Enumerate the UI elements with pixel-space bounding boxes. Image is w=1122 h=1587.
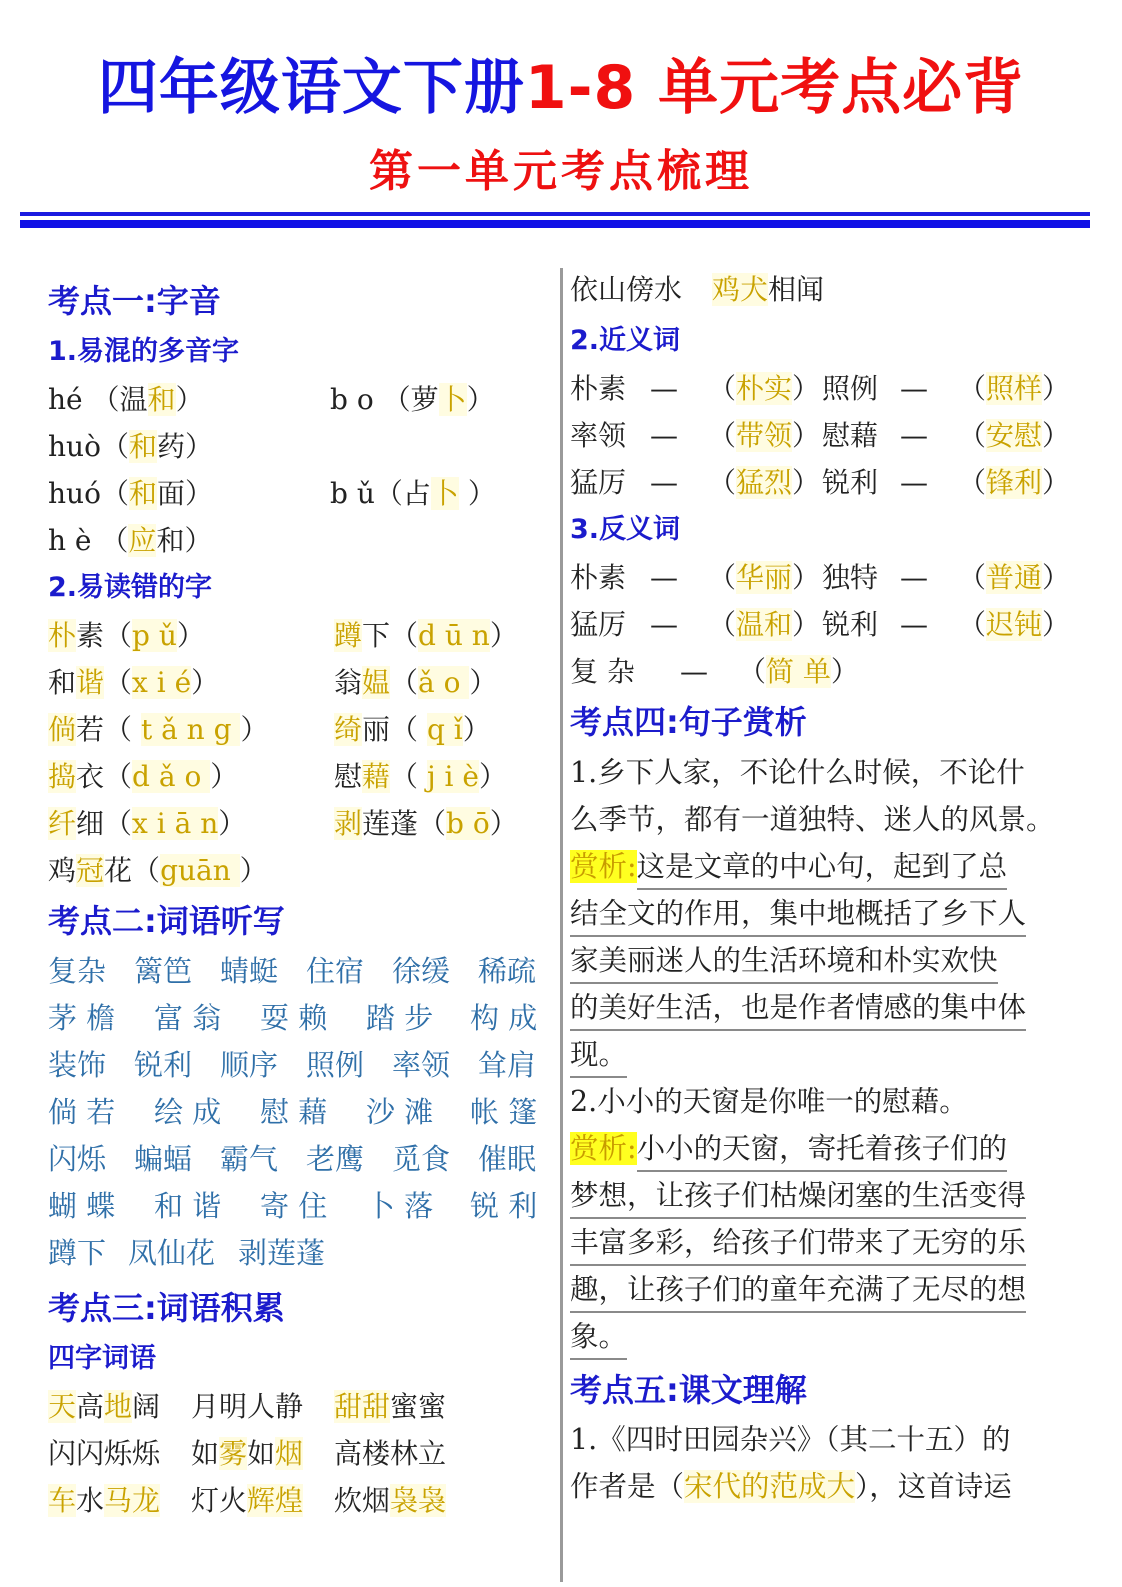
paren: ） xyxy=(831,655,859,688)
entry: 和谐（x i é） xyxy=(48,659,219,706)
pinyin: p ǔ xyxy=(132,619,177,652)
sentence-line: 2.小小的天窗是你唯一的慰藉。 xyxy=(570,1078,1070,1125)
idiom-highlight: 马龙 xyxy=(104,1484,160,1517)
idiom-text: 高楼林立 xyxy=(334,1437,446,1470)
paren: ） xyxy=(185,477,213,510)
idiom-text: 依山傍水 xyxy=(570,266,682,313)
entry: 慰藉（ j i è） xyxy=(334,753,507,800)
dash: — xyxy=(900,459,928,506)
paren: （ xyxy=(958,372,986,405)
analysis-line: 结全文的作用，集中地概括了乡下人 xyxy=(570,890,1070,937)
paren: （ xyxy=(104,807,132,840)
char: 占 xyxy=(403,477,431,510)
char: 素 xyxy=(76,619,104,652)
idiom-highlight: 地 xyxy=(104,1390,132,1423)
idiom-highlight: 鸡犬 xyxy=(712,273,768,306)
paren: ） xyxy=(463,713,491,746)
polyphone-row: hé （温和）b o （萝卜） xyxy=(48,376,548,423)
idiom-text: 相闻 xyxy=(768,273,824,306)
entry: 独特 xyxy=(822,554,878,601)
dictation-row: 倘 若绘 成慰 藉沙 滩帐 篷 xyxy=(48,1089,548,1136)
entry: 率领 xyxy=(570,412,626,459)
idiom-text: 灯火 xyxy=(191,1484,247,1517)
polyphone-row: huò（和药） xyxy=(48,423,548,470)
dictation-word: 倘 若 xyxy=(48,1089,115,1136)
comprehension-text: ），这首诗运 xyxy=(855,1470,1012,1503)
idiom: 闪闪烁烁 xyxy=(48,1430,160,1477)
paren: ） xyxy=(490,619,518,652)
section-heading-pronunciation: 考点一:字音 xyxy=(48,274,548,328)
entry: 翁媪（ǎ o ） xyxy=(334,659,497,706)
dash: — xyxy=(900,601,928,648)
polyphone-row: h è （应和） xyxy=(48,517,548,564)
paren: ） xyxy=(1042,466,1070,499)
dictation-word: 锐 利 xyxy=(470,1183,537,1230)
idiom-highlight: 雾 xyxy=(219,1437,247,1470)
dictation-word: 慰 藉 xyxy=(260,1089,327,1136)
paren: ） xyxy=(1042,561,1070,594)
misread-row: 倘若（ t ǎ n g ）绮丽（ q ǐ） xyxy=(48,706,548,753)
answer: 普通 xyxy=(986,561,1042,594)
answer: 华丽 xyxy=(736,561,792,594)
paren: （ xyxy=(104,713,141,746)
entry: （温和） xyxy=(708,601,820,648)
dictation-word: 照例 xyxy=(306,1042,364,1089)
idiom-text: 高 xyxy=(76,1390,104,1423)
right-column: 依山傍水 鸡犬相闻 2.近义词 朴素—（朴实）照例—（照样）率领—（带领）慰藉—… xyxy=(570,266,1070,1510)
word: 独特 xyxy=(822,561,878,594)
dictation-word: 霸气 xyxy=(220,1136,278,1183)
pinyin: ǎ o xyxy=(418,666,469,699)
char: 鸡 xyxy=(48,854,76,887)
pinyin: b ǔ xyxy=(330,477,375,510)
dictation-word: 催眠 xyxy=(478,1136,536,1183)
pinyin: huò xyxy=(48,430,101,463)
paren: （ xyxy=(958,561,986,594)
dictation-word: 住宿 xyxy=(306,948,364,995)
dictation-word: 茅 檐 xyxy=(48,995,115,1042)
subheading-antonyms: 3.反义词 xyxy=(570,506,1070,554)
paren: （ xyxy=(132,854,160,887)
char: 衣 xyxy=(76,760,104,793)
dictation-word: 复杂 xyxy=(48,948,106,995)
entry: 慰藉 xyxy=(822,412,878,459)
answer: 照样 xyxy=(986,372,1042,405)
analysis-text: 的美好生活，也是作者情感的集中体 xyxy=(570,987,1026,1031)
analysis-line: 家美丽迷人的生活环境和朴实欢快 xyxy=(570,937,1070,984)
dictation-word: 蝴 蝶 xyxy=(48,1183,115,1230)
pinyin: b o xyxy=(330,383,383,416)
paren: ） xyxy=(184,524,212,557)
entry: 猛厉 xyxy=(570,459,626,506)
paren: （ xyxy=(738,655,766,688)
word-pair-row: 率领—（带领）慰藉—（安慰） xyxy=(570,412,1070,459)
char xyxy=(459,477,468,510)
idiom: 月明人静 xyxy=(191,1383,303,1430)
subheading-four-char: 四字词语 xyxy=(48,1335,548,1383)
comprehension-line-2: 作者是（宋代的范成大），这首诗运 xyxy=(570,1463,1070,1510)
four-char-idiom-list: 天高地阔月明人静甜甜蜜蜜闪闪烁烁如雾如烟高楼林立车水马龙灯火辉煌炊烟袅袅 xyxy=(48,1383,548,1524)
idiom-highlight: 袅袅 xyxy=(390,1484,446,1517)
idiom: 甜甜蜜蜜 xyxy=(334,1383,446,1430)
dictation-row: 闪烁蝙蝠霸气老鹰觅食催眠 xyxy=(48,1136,548,1183)
char: 慰 xyxy=(334,760,362,793)
section-heading-accumulation: 考点三:词语积累 xyxy=(48,1277,548,1335)
paren: （ xyxy=(390,760,427,793)
answer: 安慰 xyxy=(986,419,1042,452)
idiom-highlight: 烟 xyxy=(275,1437,303,1470)
entry: 锐利 xyxy=(822,601,878,648)
idiom: 车水马龙 xyxy=(48,1477,160,1524)
highlight-char: 蹲 xyxy=(334,619,362,652)
highlight-char: 应 xyxy=(128,524,156,557)
dictation-row: 蹲下凤仙花剥莲蓬 xyxy=(48,1230,548,1277)
word: 朴素 xyxy=(570,372,626,405)
subheading-polyphones: 1.易混的多音字 xyxy=(48,328,548,376)
word-pair-row: 猛厉—（猛烈）锐利—（锋利） xyxy=(570,459,1070,506)
word: 率领 xyxy=(570,419,626,452)
paren: ） xyxy=(177,619,205,652)
analysis-text: 家美丽迷人的生活环境和朴实欢快 xyxy=(570,940,998,984)
idiom: 灯火辉煌 xyxy=(191,1477,303,1524)
paren: （ xyxy=(390,713,427,746)
polyphone-list: hé （温和）b o （萝卜）huò（和药）huó（和面）b ǔ（占卜 ）h è… xyxy=(48,376,548,564)
dictation-word: 篱笆 xyxy=(134,948,192,995)
entry: （朴实） xyxy=(708,365,820,412)
title-blue-part: 四年级语文下册 xyxy=(98,53,525,123)
dash: — xyxy=(650,365,678,412)
highlight-char: 卜 xyxy=(439,383,467,416)
char: 温 xyxy=(120,383,148,416)
dictation-word: 锐利 xyxy=(134,1042,192,1089)
column-divider xyxy=(560,268,563,1582)
idiom-text: 如 xyxy=(247,1437,275,1470)
answer: 带领 xyxy=(736,419,792,452)
idiom-continued-row: 依山傍水 鸡犬相闻 xyxy=(570,266,1070,313)
word: 照例 xyxy=(822,372,878,405)
subheading-synonyms: 2.近义词 xyxy=(570,317,1070,365)
entry: hé （温和） xyxy=(48,376,204,423)
char: 药 xyxy=(157,430,185,463)
paren: （ xyxy=(708,608,736,641)
char: 莲蓬 xyxy=(362,807,418,840)
section-heading-sentence-analysis: 考点四:句子赏析 xyxy=(570,695,1070,749)
entry: （简 单） xyxy=(738,648,859,695)
analysis-line: 梦想，让孩子们枯燥闭塞的生活变得 xyxy=(570,1172,1070,1219)
word: 复 杂 xyxy=(570,655,635,688)
analysis-text: 结全文的作用，集中地概括了乡下人 xyxy=(570,893,1026,937)
word: 猛厉 xyxy=(570,608,626,641)
word: 锐利 xyxy=(822,466,878,499)
analysis-text: 小小的天窗，寄托着孩子们的 xyxy=(637,1128,1008,1172)
dictation-word: 和 谐 xyxy=(154,1183,221,1230)
paren: ） xyxy=(210,760,238,793)
analysis-line: 的美好生活，也是作者情感的集中体 xyxy=(570,984,1070,1031)
entry: 锐利 xyxy=(822,459,878,506)
word-pair-row: 复 杂—（简 单） xyxy=(570,648,1070,695)
dash: — xyxy=(900,554,928,601)
answer: 朴实 xyxy=(736,372,792,405)
entry: 复 杂 xyxy=(570,648,635,695)
dash: — xyxy=(900,365,928,412)
analysis-text: 这是文章的中心句，起到了总 xyxy=(637,846,1008,890)
word: 慰藉 xyxy=(822,419,878,452)
pinyin: hé xyxy=(48,383,92,416)
word-pair-row: 朴素—（朴实）照例—（照样） xyxy=(570,365,1070,412)
pinyin: huó xyxy=(48,477,101,510)
highlight-char: 和 xyxy=(129,430,157,463)
misread-row: 捣衣（d ǎ o ）慰藉（ j i è） xyxy=(48,753,548,800)
dictation-word: 蝙蝠 xyxy=(134,1136,192,1183)
misread-row: 鸡冠花（guān ） xyxy=(48,847,548,894)
comprehension-text: 作者是（ xyxy=(570,1470,684,1503)
paren: （ xyxy=(958,608,986,641)
paren: ） xyxy=(1042,419,1070,452)
analysis-tag: 赏析: xyxy=(570,850,637,883)
pinyin: d ū n xyxy=(418,619,490,652)
idiom: 高楼林立 xyxy=(334,1430,446,1477)
synonym-list: 朴素—（朴实）照例—（照样）率领—（带领）慰藉—（安慰）猛厉—（猛烈）锐利—（锋… xyxy=(570,365,1070,506)
char: 翁 xyxy=(334,666,362,699)
comprehension-line-1: 1.《四时田园杂兴》（其二十五）的 xyxy=(570,1416,1070,1463)
paren: （ xyxy=(708,561,736,594)
char: 花 xyxy=(104,854,132,887)
paren: （ xyxy=(104,666,132,699)
dictation-word: 装饰 xyxy=(48,1042,106,1089)
dictation-word: 徐缓 xyxy=(392,948,450,995)
paren: ） xyxy=(176,383,204,416)
paren: ） xyxy=(240,854,268,887)
paren: ） xyxy=(240,713,268,746)
entry: （带领） xyxy=(708,412,820,459)
dictation-word: 蜻蜓 xyxy=(220,948,278,995)
entry: 鸡冠花（guān ） xyxy=(48,847,268,894)
page-title: 四年级语文下册1-8 单元考点必背 xyxy=(0,48,1122,128)
entry: 蹲下（d ū n） xyxy=(334,612,518,659)
analysis-tag: 赏析: xyxy=(570,1132,637,1165)
paren: （ xyxy=(390,619,418,652)
paren: ） xyxy=(792,608,820,641)
dictation-word: 率领 xyxy=(392,1042,450,1089)
dash: — xyxy=(650,412,678,459)
paren: （ xyxy=(958,419,986,452)
answer: 锋利 xyxy=(986,466,1042,499)
comprehension-answer: 宋代的范成大 xyxy=(684,1470,855,1503)
paren: ） xyxy=(467,383,495,416)
highlight-char: 冠 xyxy=(76,854,104,887)
left-column: 考点一:字音 1.易混的多音字 hé （温和）b o （萝卜）huò（和药）hu… xyxy=(48,274,548,1524)
idiom-text: 炊烟 xyxy=(334,1484,390,1517)
paren: （ xyxy=(383,383,411,416)
pinyin: d ǎ o xyxy=(132,760,210,793)
paren: （ xyxy=(104,760,132,793)
analysis-text: 梦想，让孩子们枯燥闭塞的生活变得 xyxy=(570,1175,1026,1219)
analysis-text: 丰富多彩，给孩子们带来了无穷的乐 xyxy=(570,1222,1026,1266)
analysis-text: 现。 xyxy=(570,1034,627,1078)
paren: ） xyxy=(468,477,496,510)
entry: 绮丽（ q ǐ） xyxy=(334,706,491,753)
paren: （ xyxy=(100,524,128,557)
idiom-row: 天高地阔月明人静甜甜蜜蜜 xyxy=(48,1383,548,1430)
word: 朴素 xyxy=(570,561,626,594)
highlight-char: 藉 xyxy=(362,760,390,793)
dictation-word: 稀疏 xyxy=(478,948,536,995)
paren: ） xyxy=(792,419,820,452)
idiom-text: 水 xyxy=(76,1484,104,1517)
idiom-text: 如 xyxy=(191,1437,219,1470)
highlight-char: 和 xyxy=(129,477,157,510)
paren: ） xyxy=(191,666,219,699)
idiom-text: 月明人静 xyxy=(191,1390,303,1423)
highlight-char: 捣 xyxy=(48,760,76,793)
header-rule-thick xyxy=(20,220,1090,228)
entry: 纤细（x i ā n） xyxy=(48,800,246,847)
entry: 剥莲蓬（b ō） xyxy=(334,800,518,847)
dictation-word: 绘 成 xyxy=(154,1089,221,1136)
idiom: 如雾如烟 xyxy=(191,1430,303,1477)
pinyin: x i é xyxy=(132,666,191,699)
dictation-word: 闪烁 xyxy=(48,1136,106,1183)
paren: ） xyxy=(792,466,820,499)
paren: （ xyxy=(958,466,986,499)
word-pair-row: 猛厉—（温和）锐利—（迟钝） xyxy=(570,601,1070,648)
paren: （ xyxy=(418,807,446,840)
idiom-highlight: 车 xyxy=(48,1484,76,1517)
dictation-word: 耸肩 xyxy=(478,1042,536,1089)
analysis-line: 趣，让孩子们的童年充满了无尽的想 xyxy=(570,1266,1070,1313)
entry: h è （应和） xyxy=(48,517,212,564)
section-heading-text-comprehension: 考点五:课文理解 xyxy=(570,1360,1070,1416)
idiom: 炊烟袅袅 xyxy=(334,1477,446,1524)
paren: ） xyxy=(218,807,246,840)
misread-row: 纤细（x i ā n）剥莲蓬（b ō） xyxy=(48,800,548,847)
answer: 迟钝 xyxy=(986,608,1042,641)
dictation-row: 复杂篱笆蜻蜓住宿徐缓稀疏 xyxy=(48,948,548,995)
paren: （ xyxy=(92,383,120,416)
highlight-char: 卜 xyxy=(431,477,459,510)
entry: b o （萝卜） xyxy=(330,376,495,423)
dictation-word: 富 翁 xyxy=(154,995,221,1042)
subheading-misread: 2.易读错的字 xyxy=(48,564,548,612)
header-rule-thin xyxy=(20,212,1090,216)
dash: — xyxy=(680,648,708,695)
dictation-word: 顺序 xyxy=(220,1042,278,1089)
analysis-text: 象。 xyxy=(570,1316,627,1360)
dictation-row: 装饰锐利顺序照例率领耸肩 xyxy=(48,1042,548,1089)
entry: huò（和药） xyxy=(48,423,213,470)
char: 和 xyxy=(156,524,184,557)
paren: （ xyxy=(101,430,129,463)
dictation-word: 踏 步 xyxy=(366,995,433,1042)
paren: （ xyxy=(708,372,736,405)
char: 和 xyxy=(48,666,76,699)
idiom-highlight: 天 xyxy=(48,1390,76,1423)
entry: （猛烈） xyxy=(708,459,820,506)
misread-list: 朴素（p ǔ）蹲下（d ū n）和谐（x i é）翁媪（ǎ o ）倘若（ t ǎ… xyxy=(48,612,548,894)
idiom-text: 蜜蜜 xyxy=(390,1390,446,1423)
pinyin: b ō xyxy=(446,807,490,840)
analysis-line: 赏析:小小的天窗，寄托着孩子们的 xyxy=(570,1125,1070,1172)
entry: 猛厉 xyxy=(570,601,626,648)
idiom-text: 阔 xyxy=(132,1390,160,1423)
dash: — xyxy=(650,554,678,601)
entry: huó（和面） xyxy=(48,470,213,517)
highlight-char: 纤 xyxy=(48,807,76,840)
paren: ） xyxy=(469,666,497,699)
dictation-word: 剥莲蓬 xyxy=(238,1230,325,1277)
highlight-char: 绮 xyxy=(334,713,362,746)
entry: （安慰） xyxy=(958,412,1070,459)
paren: ） xyxy=(792,372,820,405)
highlight-char: 朴 xyxy=(48,619,76,652)
idiom-highlight: 甜甜 xyxy=(334,1390,390,1423)
page-subtitle: 第一单元考点梳理 xyxy=(0,140,1122,204)
paren: （ xyxy=(375,477,403,510)
pinyin: j i è xyxy=(427,760,479,793)
paren: （ xyxy=(708,466,736,499)
pinyin: x i ā n xyxy=(132,807,218,840)
char: 丽 xyxy=(362,713,390,746)
char: 萝 xyxy=(411,383,439,416)
entry: 照例 xyxy=(822,365,878,412)
misread-row: 和谐（x i é）翁媪（ǎ o ） xyxy=(48,659,548,706)
highlight-char: 和 xyxy=(148,383,176,416)
dictation-word: 蹲下 xyxy=(48,1230,106,1277)
paren: （ xyxy=(390,666,418,699)
dictation-word: 耍 赖 xyxy=(260,995,327,1042)
dictation-word: 寄 住 xyxy=(260,1183,327,1230)
answer: 猛烈 xyxy=(736,466,792,499)
dictation-row: 蝴 蝶和 谐寄 住卜 落锐 利 xyxy=(48,1183,548,1230)
analysis-line: 丰富多彩，给孩子们带来了无穷的乐 xyxy=(570,1219,1070,1266)
pinyin: q ǐ xyxy=(427,713,463,746)
highlight-char: 剥 xyxy=(334,807,362,840)
paren: ） xyxy=(490,807,518,840)
entry: b ǔ（占卜 ） xyxy=(330,470,496,517)
idiom-highlight: 辉煌 xyxy=(247,1484,303,1517)
title-red-part: 1-8 单元考点必背 xyxy=(525,53,1024,123)
analysis-line: 现。 xyxy=(570,1031,1070,1078)
dictation-word: 卜 落 xyxy=(366,1183,433,1230)
entry: （华丽） xyxy=(708,554,820,601)
entry: （照样） xyxy=(958,365,1070,412)
idiom-row: 闪闪烁烁如雾如烟高楼林立 xyxy=(48,1430,548,1477)
dash: — xyxy=(650,459,678,506)
highlight-char: 倘 xyxy=(48,713,76,746)
char: 下 xyxy=(362,619,390,652)
word: 猛厉 xyxy=(570,466,626,499)
paren: ） xyxy=(185,430,213,463)
pinyin: h è xyxy=(48,524,100,557)
dash: — xyxy=(900,412,928,459)
sentence-line: 么季节，都有一道独特、迷人的风景。 xyxy=(570,796,1070,843)
analysis-line: 象。 xyxy=(570,1313,1070,1360)
pinyin: guān xyxy=(160,854,240,887)
entry: 朴素（p ǔ） xyxy=(48,612,205,659)
char: 若 xyxy=(76,713,104,746)
paren: ） xyxy=(1042,608,1070,641)
dictation-word: 觅食 xyxy=(392,1136,450,1183)
word-pair-row: 朴素—（华丽）独特—（普通） xyxy=(570,554,1070,601)
paren: （ xyxy=(104,619,132,652)
highlight-char: 谐 xyxy=(76,666,104,699)
dictation-word: 老鹰 xyxy=(306,1136,364,1183)
idiom: 天高地阔 xyxy=(48,1383,160,1430)
char: 面 xyxy=(157,477,185,510)
dictation-word: 凤仙花 xyxy=(128,1230,215,1277)
dictation-word: 构 成 xyxy=(470,995,537,1042)
analysis-line: 赏析:这是文章的中心句，起到了总 xyxy=(570,843,1070,890)
